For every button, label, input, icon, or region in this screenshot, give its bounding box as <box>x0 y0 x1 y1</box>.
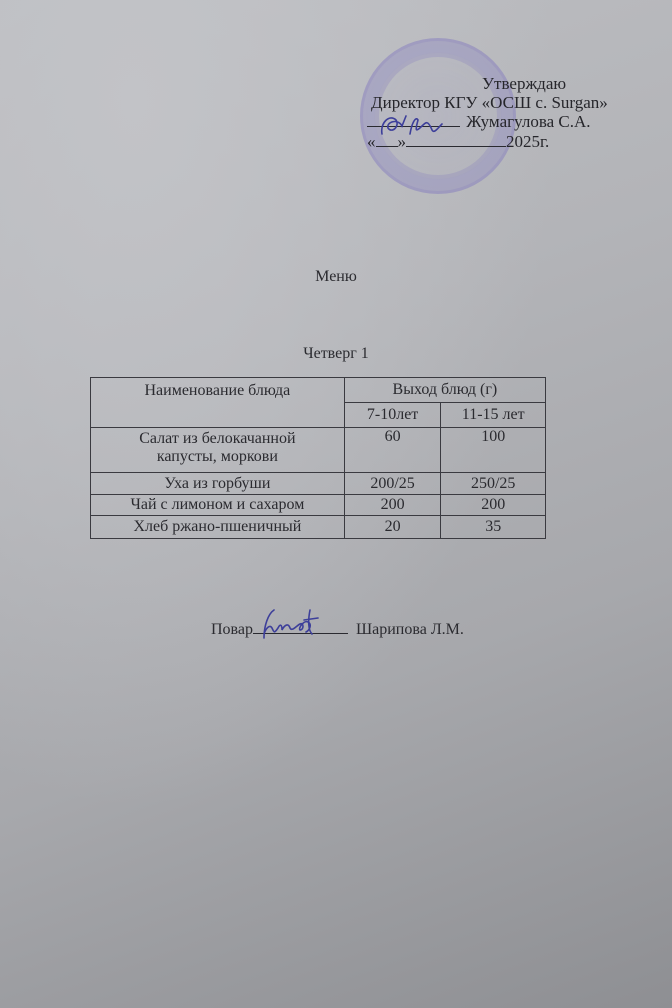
table-row: Чай с лимоном и сахаром 200 200 <box>91 495 546 516</box>
portion-7-10: 200/25 <box>344 473 441 495</box>
table-row: Уха из горбуши 200/25 250/25 <box>91 473 546 495</box>
table-header-row: Наименование блюда Выход блюд (г) <box>91 378 546 403</box>
cook-name: Шарипова Л.М. <box>356 621 464 638</box>
document-day: Четверг 1 <box>0 345 672 363</box>
dish-cell: Хлеб ржано-пшеничный <box>91 516 345 539</box>
dish-name-line2: капусты, моркови <box>95 448 340 466</box>
dish-cell: Салат из белокачанной капусты, моркови <box>91 428 345 473</box>
header-output: Выход блюд (г) <box>344 378 545 403</box>
director-name: Жумагулова С.А. <box>466 112 590 131</box>
menu-table: Наименование блюда Выход блюд (г) 7-10ле… <box>90 377 546 539</box>
date-day-blank <box>376 132 398 147</box>
dish-cell: Чай с лимоном и сахаром <box>91 495 345 516</box>
document-title: Меню <box>0 268 672 286</box>
portion-11-15: 200 <box>441 495 546 516</box>
dish-name-line1: Салат из белокачанной <box>95 430 340 448</box>
cook-signature-line: Повар Шарипова Л.М. <box>211 619 464 639</box>
cook-label: Повар <box>211 621 253 638</box>
date-quote-open: « <box>367 132 376 151</box>
approval-date-line: «»2025г. <box>367 132 549 152</box>
header-age-7-10: 7-10лет <box>344 403 441 428</box>
dish-cell: Уха из горбуши <box>91 473 345 495</box>
table-row: Хлеб ржано-пшеничный 20 35 <box>91 516 546 539</box>
header-age-11-15: 11-15 лет <box>441 403 546 428</box>
portion-11-15: 250/25 <box>441 473 546 495</box>
portion-11-15: 35 <box>441 516 546 539</box>
approval-heading: Утверждаю <box>482 74 566 94</box>
header-dish: Наименование блюда <box>91 378 345 428</box>
table-row: Салат из белокачанной капусты, моркови 6… <box>91 428 546 473</box>
portion-7-10: 20 <box>344 516 441 539</box>
date-year: 2025г. <box>506 132 549 151</box>
portion-7-10: 60 <box>344 428 441 473</box>
date-quote-close: » <box>398 132 407 151</box>
cook-signature-icon <box>260 606 322 642</box>
portion-11-15: 100 <box>441 428 546 473</box>
portion-7-10: 200 <box>344 495 441 516</box>
date-month-blank <box>406 132 506 147</box>
